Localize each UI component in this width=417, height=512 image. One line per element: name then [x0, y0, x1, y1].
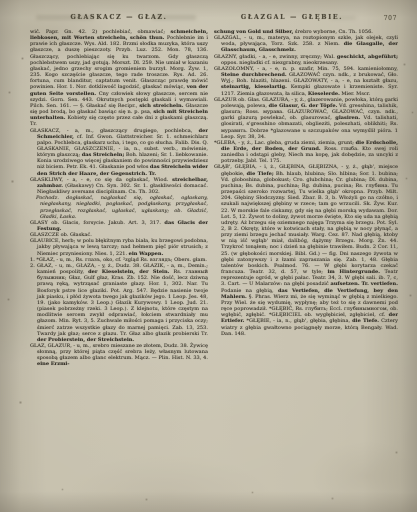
dictionary-paragraph: GLASY ob. Glacis, forsycie. Jakub. Art. …: [30, 220, 208, 232]
dictionary-paragraph: 2. GŁAZ, - u, m., GŁAZA, - y, ż., Dudz. …: [30, 263, 208, 343]
dictionary-paragraph: *GLEBA, - y, ż., Lac. gleba, gruda ziemi…: [214, 140, 398, 165]
running-title-left: GŁASKACZ — GŁAZ.: [30, 14, 208, 21]
dictionary-paragraph: GLAUBICE, herb; w polu błękitnym ryba bi…: [30, 238, 208, 256]
dictionary-paragraph: GLAZGAL, - u, m., materya, na roztopiony…: [214, 35, 398, 53]
dictionary-paragraph: GLAZUR ob. Glas. GLAZURA, - y, ż., glaze…: [214, 97, 398, 140]
running-title-right: GŁAZGAL — GŁĘBIE.: [216, 14, 368, 21]
ink-specks: [0, 0, 1, 1]
text-column-left: wić. Papr. Gn. 42. 2) pochlebiać, obmawi…: [30, 29, 208, 477]
scanned-dictionary-page: GŁASKACZ — GŁAZ. GŁAZGAL — GŁĘBIE. 707 w…: [0, 0, 417, 512]
dictionary-paragraph: GŁASKLIWY, - a, - e, co się da ogłaskać,…: [30, 177, 208, 195]
dictionary-paragraph: GŁASKACZ, - a, m., głaszczący drugiego, …: [30, 128, 208, 177]
dictionary-paragraph: Pochodz. dogłaskać, nagłaskać się, ogłas…: [30, 195, 208, 220]
dictionary-paragraph: GŁAZNY, gładki, - a, - e, zwinny, zręczn…: [214, 54, 398, 66]
dictionary-paragraph: GŁAZOŁOMNY, - a, - e, n. p. szafir, Min.…: [214, 66, 398, 97]
text-column-right: schung von Gold und Silber, śrebro wybor…: [214, 29, 398, 477]
dictionary-paragraph: GŁĄB', GŁĘBIA, - i, ż., GŁĘBINA, GŁĘBIZN…: [214, 164, 398, 336]
dictionary-paragraph: wić. Papr. Gn. 42. 2) pochlebiać, obmawi…: [30, 29, 208, 128]
dictionary-paragraph: GLAZ, GLAZUR, - u, m., srebro mieszane z…: [30, 343, 208, 368]
page-number: 707: [384, 15, 397, 22]
